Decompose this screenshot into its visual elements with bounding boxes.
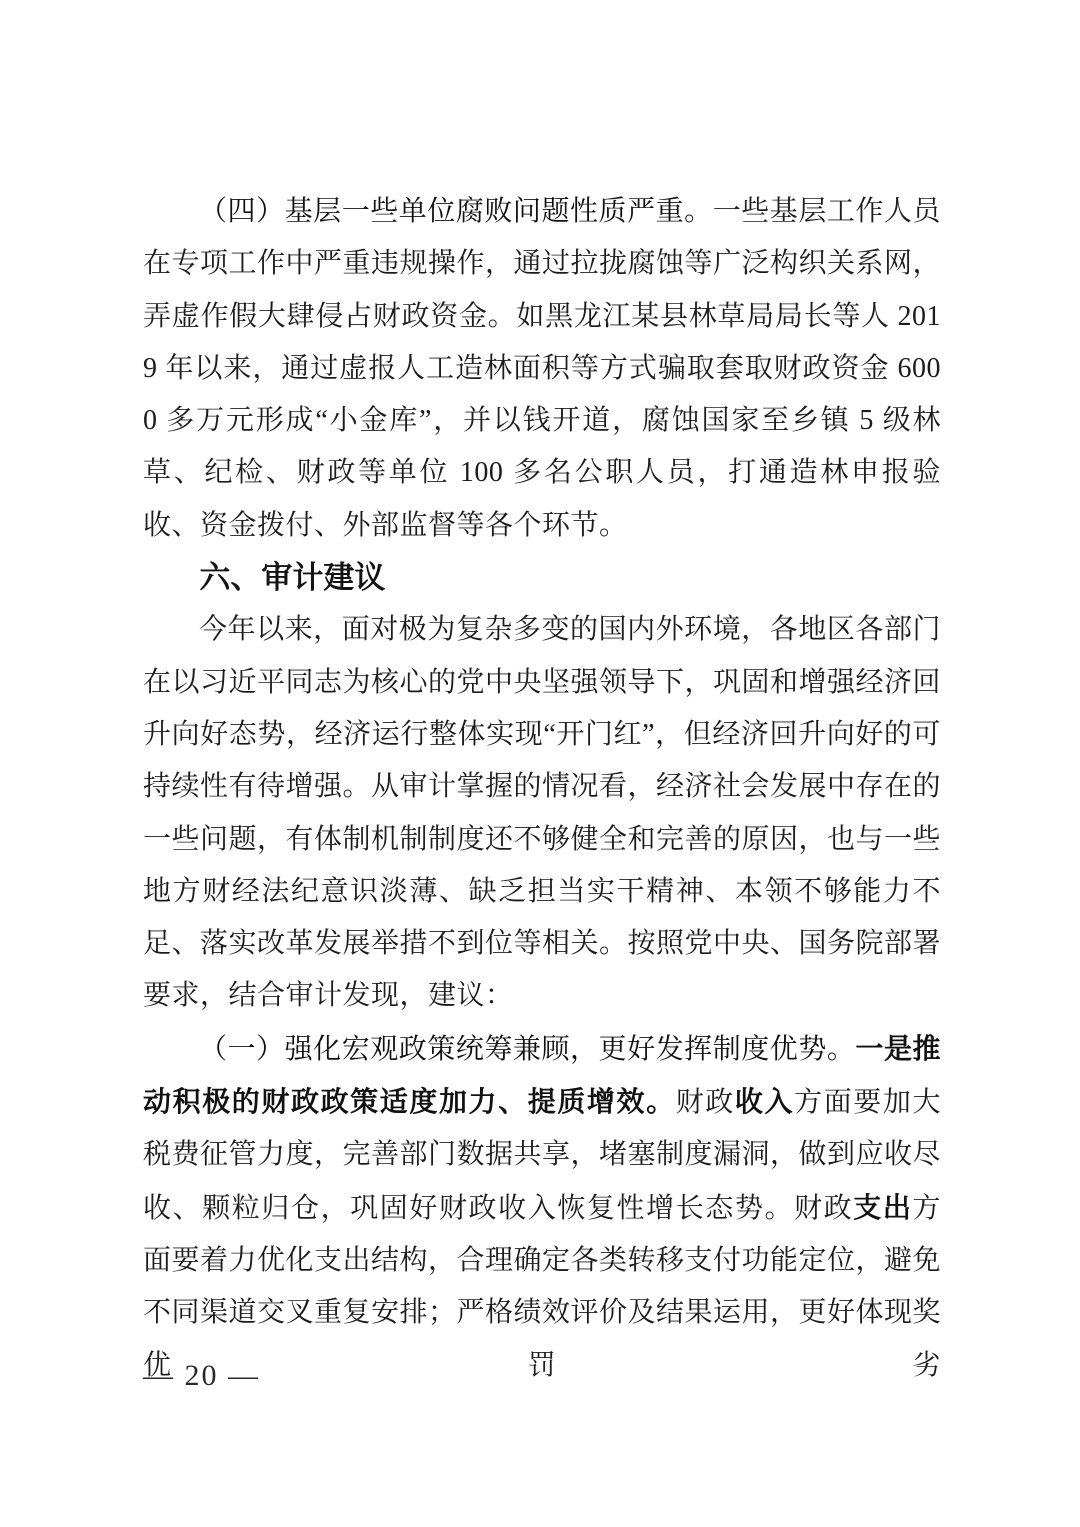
paragraph-intro: 今年以来，面对极为复杂多变的国内外环境，各地区各部门在以习近平同志为核心的党中央… (143, 604, 941, 1022)
paragraph-section-4: （四）基层一些单位腐败问题性质严重。一些基层工作人员在专项工作中严重违规操作，通… (143, 186, 941, 552)
document-page: （四）基层一些单位腐败问题性质严重。一些基层工作人员在专项工作中严重违规操作，通… (0, 0, 1080, 1527)
page-footer: — 20 — (143, 1358, 260, 1394)
paragraph-4-text: 一些基层工作人员在专项工作中严重违规操作，通过拉拢腐蚀等广泛构织关系网，弄虚作假… (143, 196, 941, 541)
paragraph-4-kai-heading: （四）基层一些单位腐败问题性质严重。 (199, 196, 713, 227)
rec-1-text-1: 财政 (676, 1087, 735, 1118)
rec-1-bold-expenditure: 支出 (853, 1192, 912, 1223)
rec-1-kai-heading: （一）强化宏观政策统筹兼顾，更好发挥制度优势。 (199, 1034, 855, 1065)
paragraph-recommendation-1: （一）强化宏观政策统筹兼顾，更好发挥制度优势。一是推动积极的财政政策适度加力、提… (143, 1023, 941, 1392)
page-number: — 20 — (143, 1359, 260, 1392)
section-6-heading: 六、审计建议 (143, 552, 941, 604)
page-body: （四）基层一些单位腐败问题性质严重。一些基层工作人员在专项工作中严重违规操作，通… (143, 186, 941, 1392)
rec-1-bold-revenue: 收入 (735, 1086, 794, 1117)
